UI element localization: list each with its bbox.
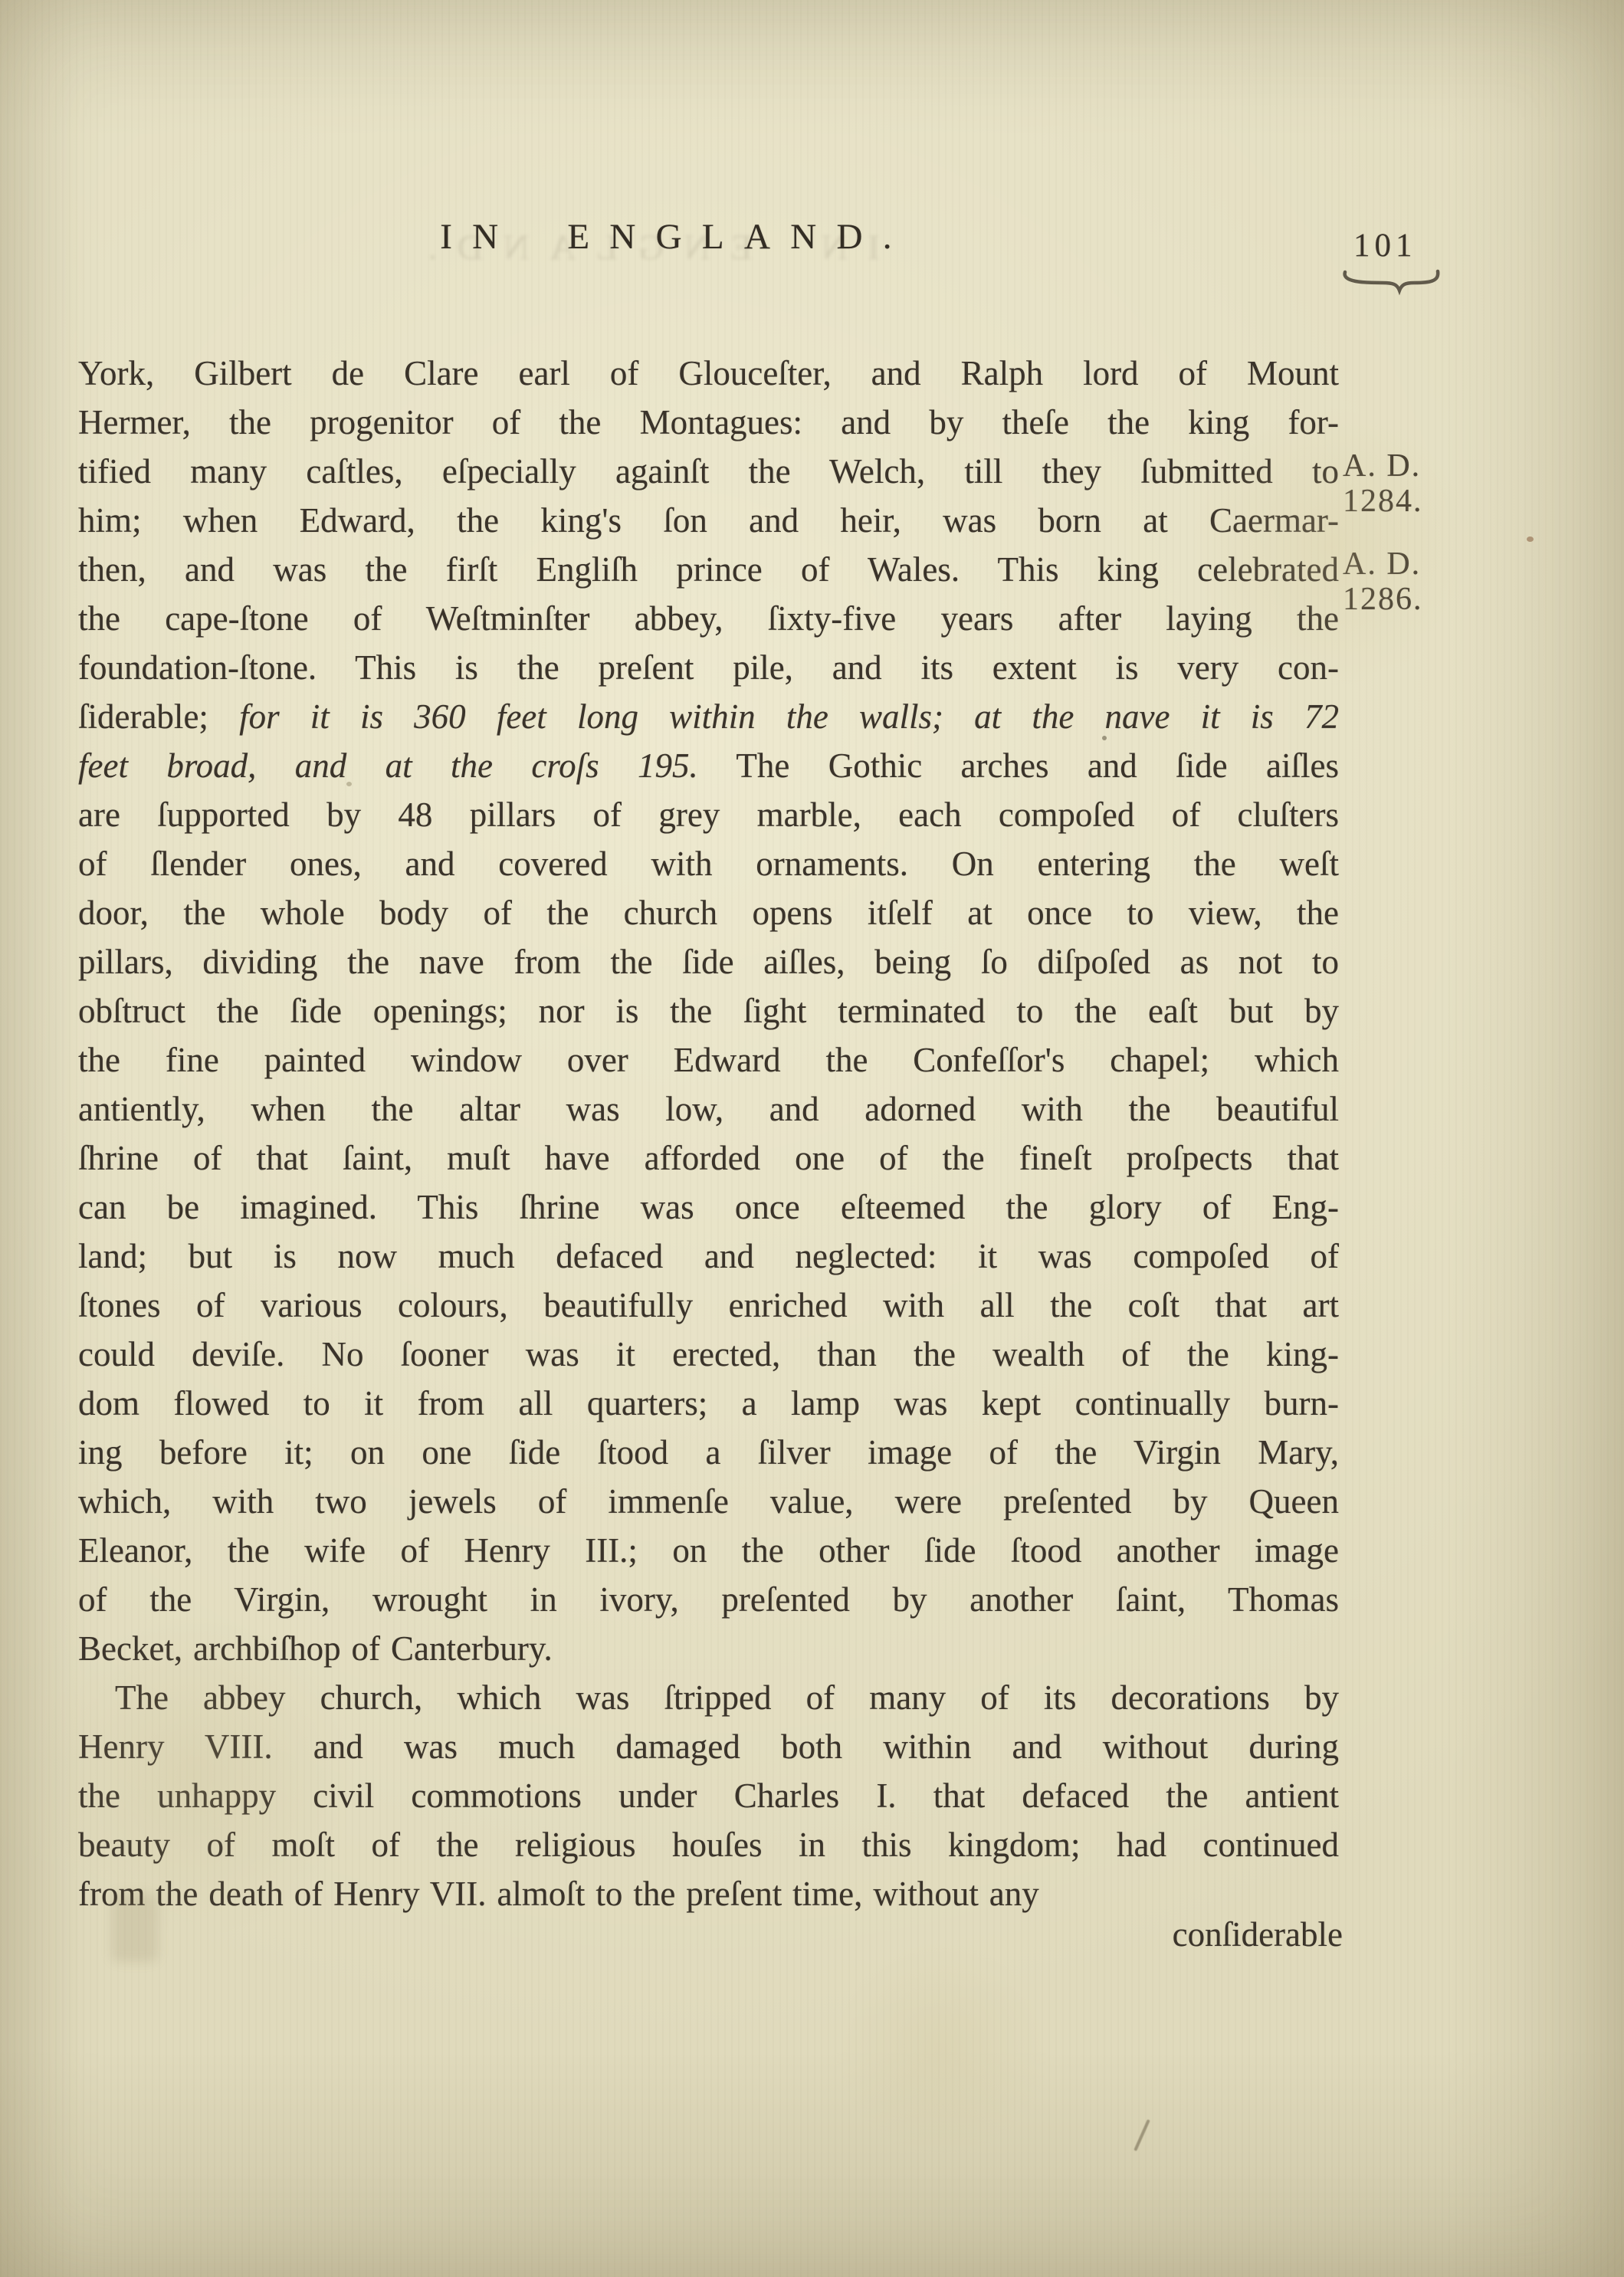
- text-line: of ſlender ones, and covered with orname…: [78, 839, 1339, 888]
- text-line: then, and was the firſt Engliſh prince o…: [78, 545, 1339, 594]
- text-line: foundation-ſtone. This is the preſent pi…: [78, 643, 1339, 692]
- catchword: conſiderable: [78, 1914, 1343, 1954]
- margin-note: A. D.: [1343, 447, 1421, 485]
- text-run: The abbey church, which was ſtripped of …: [115, 1678, 1339, 1717]
- brace-ornament: [1340, 265, 1444, 296]
- text-line: dom flowed to it from all quarters; a la…: [78, 1379, 1339, 1428]
- text-run: can be imagined. This ſhrine was once eſ…: [78, 1188, 1339, 1226]
- text-line: of the Virgin, wrought in ivory, preſent…: [78, 1575, 1339, 1624]
- text-line: can be imagined. This ſhrine was once eſ…: [78, 1183, 1339, 1232]
- text-line: Henry VIII. and was much damaged both wi…: [78, 1722, 1339, 1771]
- text-line: the cape-ſtone of Weſtminſter abbey, ſix…: [78, 594, 1339, 643]
- italic-text-run: feet broad, and at the croſs 195.: [78, 746, 698, 785]
- text-line: ſiderable; for it is 360 feet long withi…: [78, 692, 1339, 741]
- text-line: antiently, when the altar was low, and a…: [78, 1084, 1339, 1134]
- text-run: Becket, archbiſhop of Canterbury.: [78, 1629, 553, 1668]
- text-run: land; but is now much defaced and neglec…: [78, 1237, 1339, 1275]
- text-run: of ſlender ones, and covered with orname…: [78, 845, 1339, 883]
- text-run: The Gothic arches and ſide aiſles: [698, 746, 1339, 785]
- text-run: ſtones of various colours, beautifully e…: [78, 1286, 1339, 1324]
- text-line: pillars, dividing the nave from the ſide…: [78, 937, 1339, 986]
- text-line: from the death of Henry VII. almoſt to t…: [78, 1869, 1339, 1918]
- text-run: Hermer, the progenitor of the Montagues:…: [78, 403, 1339, 441]
- pen-mark: [1134, 2119, 1150, 2151]
- text-line: The abbey church, which was ſtripped of …: [78, 1673, 1339, 1722]
- text-run: door, the whole body of the church opens…: [78, 894, 1339, 932]
- margin-note: 1286.: [1343, 580, 1423, 618]
- text-run: are ſupported by 48 pillars of grey marb…: [78, 796, 1339, 834]
- margin-note: A. D.: [1343, 545, 1421, 583]
- running-title: IN ENGLAND.: [78, 216, 1274, 258]
- text-run: dom flowed to it from all quarters; a la…: [78, 1384, 1339, 1422]
- text-run: could deviſe. No ſooner was it erected, …: [78, 1335, 1339, 1373]
- text-line: him; when Edward, the king's ſon and hei…: [78, 496, 1339, 545]
- text-line: feet broad, and at the croſs 195. The Go…: [78, 741, 1339, 790]
- paper-speck: [1527, 536, 1534, 542]
- text-run: the cape-ſtone of Weſtminſter abbey, ſix…: [78, 599, 1339, 638]
- text-line: ing before it; on one ſide ſtood a ſilve…: [78, 1428, 1339, 1477]
- book-page: IN ENGLAND. IN ENGLAND. 101 York, Gilber…: [0, 0, 1624, 2277]
- text-run: then, and was the firſt Engliſh prince o…: [78, 550, 1339, 589]
- text-line: the fine painted window over Edward the …: [78, 1035, 1339, 1084]
- text-line: which, with two jewels of immenſe value,…: [78, 1477, 1339, 1526]
- text-line: beauty of moſt of the religious houſes i…: [78, 1820, 1339, 1869]
- text-line: ſhrine of that ſaint, muſt have afforded…: [78, 1134, 1339, 1183]
- text-run: beauty of moſt of the religious houſes i…: [78, 1826, 1339, 1864]
- text-line: are ſupported by 48 pillars of grey marb…: [78, 790, 1339, 839]
- text-run: ſhrine of that ſaint, muſt have afforded…: [78, 1139, 1339, 1177]
- text-run: the fine painted window over Edward the …: [78, 1041, 1339, 1079]
- text-run: from the death of Henry VII. almoſt to t…: [78, 1875, 1039, 1913]
- text-run: of the Virgin, wrought in ivory, preſent…: [78, 1580, 1339, 1619]
- text-run: York, Gilbert de Clare earl of Glouceſte…: [78, 354, 1339, 392]
- text-line: door, the whole body of the church opens…: [78, 888, 1339, 937]
- text-line: Hermer, the progenitor of the Montagues:…: [78, 398, 1339, 447]
- italic-text-run: for it is 360 feet long within the walls…: [239, 697, 1339, 736]
- text-run: pillars, dividing the nave from the ſide…: [78, 943, 1339, 981]
- text-run: tified many caſtles, eſpecially againſt …: [78, 452, 1339, 491]
- page-number: 101: [1353, 227, 1417, 264]
- text-line: Eleanor, the wife of Henry III.; on the …: [78, 1526, 1339, 1575]
- body-text: York, Gilbert de Clare earl of Glouceſte…: [78, 349, 1339, 1918]
- text-run: obſtruct the ſide openings; nor is the ſ…: [78, 992, 1339, 1030]
- text-line: obſtruct the ſide openings; nor is the ſ…: [78, 986, 1339, 1035]
- text-line: ſtones of various colours, beautifully e…: [78, 1281, 1339, 1330]
- text-run: antiently, when the altar was low, and a…: [78, 1090, 1339, 1128]
- text-run: the unhappy civil commotions under Charl…: [78, 1777, 1339, 1815]
- text-line: land; but is now much defaced and neglec…: [78, 1232, 1339, 1281]
- text-run: him; when Edward, the king's ſon and hei…: [78, 501, 1339, 540]
- text-run: which, with two jewels of immenſe value,…: [78, 1482, 1339, 1521]
- text-line: York, Gilbert de Clare earl of Glouceſte…: [78, 349, 1339, 398]
- text-line: could deviſe. No ſooner was it erected, …: [78, 1330, 1339, 1379]
- text-run: foundation-ſtone. This is the preſent pi…: [78, 648, 1339, 687]
- text-run: Henry VIII. and was much damaged both wi…: [78, 1727, 1339, 1766]
- margin-note: 1284.: [1343, 482, 1423, 520]
- text-line: the unhappy civil commotions under Charl…: [78, 1771, 1339, 1820]
- text-line: tified many caſtles, eſpecially againſt …: [78, 447, 1339, 496]
- text-run: Eleanor, the wife of Henry III.; on the …: [78, 1531, 1339, 1570]
- text-run: ſiderable;: [78, 697, 239, 736]
- text-line: Becket, archbiſhop of Canterbury.: [78, 1624, 1339, 1673]
- text-run: ing before it; on one ſide ſtood a ſilve…: [78, 1433, 1339, 1472]
